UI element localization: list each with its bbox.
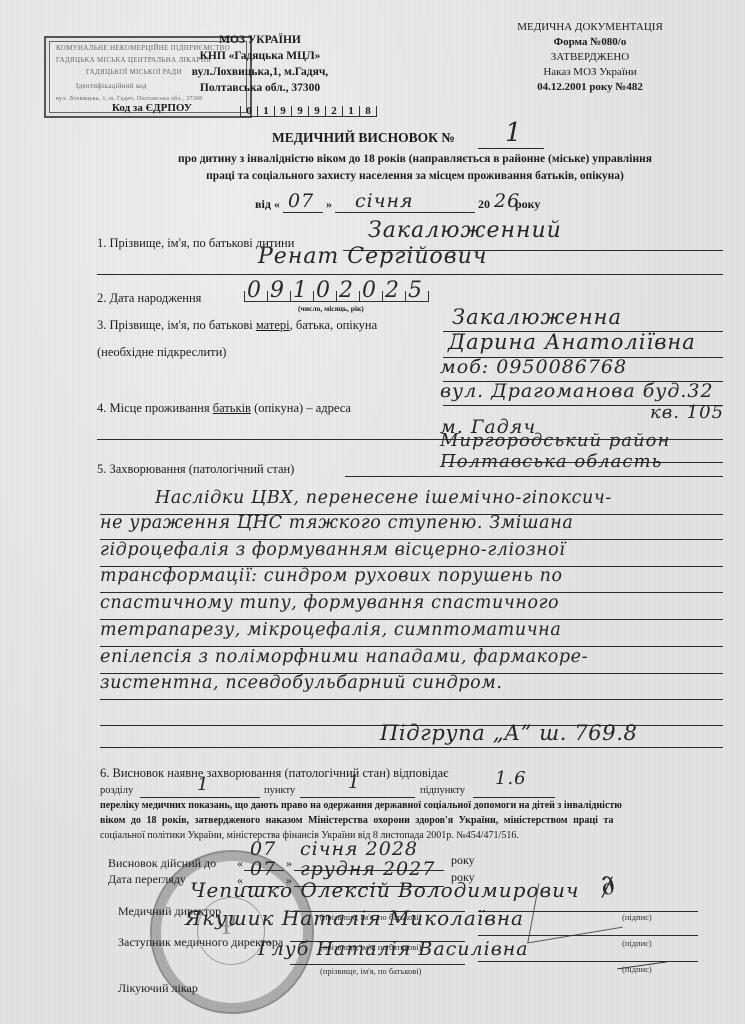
institution-address-2: Полтавська обл., 37300 [175, 80, 345, 96]
role-attending-doctor: Лікуючий лікар [118, 981, 198, 996]
order-date: 04.12.2001 року №482 [495, 80, 685, 95]
ruled-line [100, 699, 723, 700]
edrpou-digit: 9 [308, 106, 325, 117]
name-caption: (прізвище, ім'я, по батькові) [320, 966, 421, 976]
parent-label-mother-underlined: матері [256, 318, 290, 332]
parent-hint: (необхідне підкреслити) [97, 345, 226, 360]
review-date-label: Дата перегляду [108, 872, 186, 887]
diagnosis-line: трансформації: синдром рухових порушень … [100, 566, 563, 586]
dob-digit-cell: 0 [359, 291, 382, 301]
valid-until-year-word: року [451, 853, 475, 868]
item-label: пункту [264, 785, 295, 796]
date-suffix: року [515, 197, 540, 212]
diagnosis-line: не ураження ЦНС тяжкого ступеню. Змішана [100, 513, 573, 533]
signature-attending-doctor [613, 932, 667, 970]
order-label: Наказ МОЗ України [495, 65, 685, 80]
diagnosis-line: спастичному типу, формування спастичного [100, 593, 559, 613]
diagnosis-label: 5. Захворювання (патологічний стан) [97, 462, 294, 477]
institution-address-1: вул.Лохвицька,1, м.Гадяч, [175, 64, 345, 80]
dob-digit-cell: 2 [336, 291, 359, 301]
name-deputy-director: Якушик Наталія Миколаївна [185, 906, 524, 930]
address-label-parents-underlined: батьків [213, 401, 251, 415]
valid-until-month-year: січня 2028 [300, 838, 418, 860]
scanned-document-page: КОМУНАЛЬНЕ НЕКОМЕРЦІЙНЕ ПІДПРИЄМСТВО ГАД… [0, 0, 745, 1024]
subtitle-line-2: праці та соціального захисту населення з… [95, 168, 735, 185]
parent-name-patronymic: Дарина Анатоліївна [448, 330, 696, 354]
legal-line-3: соціальної політики України, міністерств… [100, 828, 740, 843]
address-district: Миргородський район [440, 430, 670, 451]
date-day: 07 [288, 190, 314, 212]
edrpou-digit: 2 [325, 106, 342, 117]
diagnosis-line: зистентна, псевдобульбарний синдром. [100, 673, 503, 693]
document-subtitle: про дитину з інвалідністю віком до 18 ро… [95, 151, 735, 185]
parent-surname: Закалюженна [452, 305, 622, 329]
document-title: МЕДИЧНИЙ ВИСНОВОК № [272, 130, 455, 146]
parent-label-text: 3. Прізвище, ім'я, по батькові [97, 318, 253, 332]
address-label-suffix: (опікуна) – адреса [254, 401, 351, 415]
valid-until-label: Висновок дійсний до [108, 856, 216, 871]
approved-label: ЗАТВЕРДЖЕНО [495, 50, 685, 65]
ruled-line [100, 747, 723, 748]
dob-label: 2. Дата народження [97, 291, 201, 306]
child-name-patronymic: Ренат Сергійович [258, 244, 487, 269]
edrpou-digit: 1 [342, 106, 359, 117]
dob-digit-cell: 2 [382, 291, 405, 301]
address-street: вул. Драгоманова буд.32 [440, 380, 714, 402]
dob-digit-cell: 0 [313, 291, 336, 301]
dob-digit-cell: 1 [290, 291, 313, 301]
dob-digit-cell: 5 [405, 291, 429, 301]
dob-cells: 09102025 [244, 279, 429, 302]
item-value: 1 [348, 772, 360, 793]
review-month-year: грудня 2027 [300, 858, 435, 880]
diagnosis-line: тетрапарезу, мікроцефалія, симптоматична [100, 620, 561, 640]
stamp-line: ГАДЯЦЬКОЇ МІСЬКОЇ РАДИ [86, 68, 182, 76]
signature-caption: (підпис) [622, 912, 652, 922]
section-label: розділу [100, 785, 133, 796]
edrpou-label: Код за ЄДРПОУ [112, 102, 192, 114]
legal-line-1: переліку медичних показань, що дають пра… [100, 798, 740, 813]
dob-digit-cell: 9 [267, 291, 290, 301]
valid-until-day: 07 [250, 838, 276, 860]
diagnosis-line: епілепсія з поліморфними нападами, фарма… [100, 647, 588, 667]
form-approval-block: МЕДИЧНА ДОКУМЕНТАЦІЯ Форма №080/о ЗАТВЕР… [495, 20, 685, 95]
date-month: січня [355, 190, 414, 212]
child-surname: Закалюженний [368, 218, 562, 243]
legal-line-2: віком до 18 років, затвердженого наказом… [100, 813, 740, 828]
date-quote: » [326, 197, 332, 212]
edrpou-digit: 0 [240, 106, 257, 117]
doc-type: МЕДИЧНА ДОКУМЕНТАЦІЯ [495, 20, 685, 35]
form-number: Форма №080/о [495, 35, 685, 50]
subitem-label: підпункту [420, 785, 465, 796]
edrpou-code: 01999218 [240, 101, 377, 119]
date-year-prefix: 20 [478, 197, 490, 212]
address-region: Полтавська область [440, 451, 662, 472]
diagnosis-line: Наслідки ЦВХ, перенесене ішемічно-гіпокс… [155, 488, 612, 508]
section-value: 1 [197, 774, 209, 795]
conclusion-number: 1 [505, 118, 523, 148]
dob-digit-cell: 0 [244, 291, 267, 301]
institution-header: МОЗ УКРАЇНИ КНП «Гадяцька МЦЛ» вул.Лохви… [175, 32, 345, 96]
legal-reference: переліку медичних показань, що дають пра… [100, 798, 740, 843]
subitem-value: 1.6 [495, 768, 527, 789]
address-label-prefix: 4. Місце проживання [97, 401, 210, 415]
edrpou-digit: 1 [257, 106, 274, 117]
date-prefix: від « [255, 197, 280, 212]
name-medical-director: Чепишко Олексій Володимирович [190, 878, 579, 902]
conclusion-label: 6. Висновок наявне захворювання (патолог… [100, 766, 449, 781]
edrpou-digit: 9 [274, 106, 291, 117]
dob-caption: (число, місяць, рік) [298, 304, 364, 313]
ministry-name: МОЗ УКРАЇНИ [175, 32, 345, 48]
diagnosis-line: гідроцефалія з формуванням вісцерно-гліо… [100, 540, 565, 560]
institution-name: КНП «Гадяцька МЦЛ» [175, 48, 345, 64]
parent-phone: моб: 0950086768 [440, 356, 627, 378]
subtitle-line-1: про дитину з інвалідністю віком до 18 ро… [95, 151, 735, 168]
address-label: 4. Місце проживання батьків (опікуна) – … [97, 401, 351, 416]
edrpou-digit: 9 [291, 106, 308, 117]
name-attending-doctor: Глуб Наталія Василівна [258, 938, 529, 960]
ruled-line [100, 725, 723, 726]
parent-label: 3. Прізвище, ім'я, по батькові матері, б… [97, 318, 377, 333]
parent-label-rest: , батька, опікуна [290, 318, 377, 332]
stamp-line: Ідентифікаційний код [76, 82, 147, 90]
address-apartment: кв. 105 [650, 402, 724, 423]
review-day: 07 [250, 858, 276, 880]
edrpou-digit: 8 [359, 106, 377, 117]
